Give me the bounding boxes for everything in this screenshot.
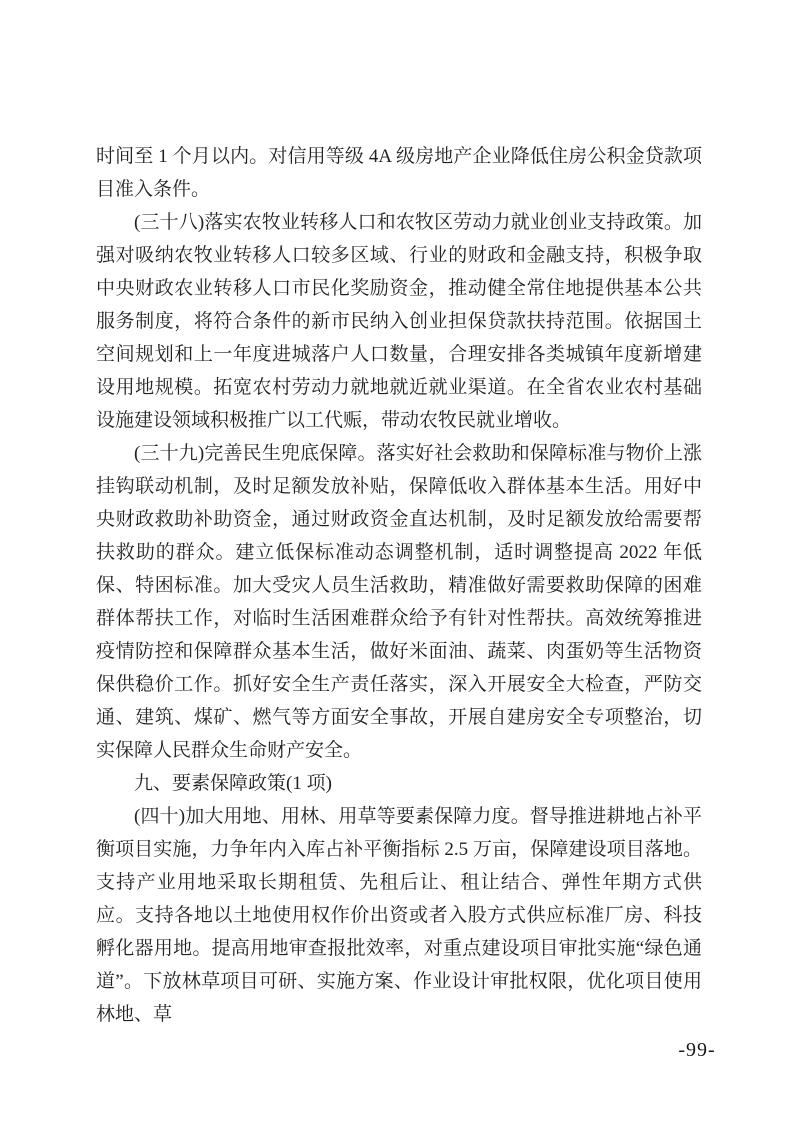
page-number: -99-: [652, 1038, 742, 1062]
paragraph-38: (三十八)落实农牧业转移人口和农牧区劳动力就业创业支持政策。加强对吸纳农牧业转移…: [96, 206, 702, 437]
paragraph-40: (四十)加大用地、用林、用草等要素保障力度。督导推进耕地占补平衡项目实施，力争年…: [96, 800, 702, 1031]
section-heading-9: 九、要素保障政策(1 项): [96, 767, 702, 800]
page-background: 时间至 1 个月以内。对信用等级 4A 级房地产企业降低住房公积金贷款项目准入条…: [0, 0, 793, 1122]
paragraph-continuation: 时间至 1 个月以内。对信用等级 4A 级房地产企业降低住房公积金贷款项目准入条…: [96, 140, 702, 206]
paragraph-39: (三十九)完善民生兜底保障。落实好社会救助和保障标准与物价上涨挂钩联动机制，及时…: [96, 437, 702, 767]
page-body-text: 时间至 1 个月以内。对信用等级 4A 级房地产企业降低住房公积金贷款项目准入条…: [96, 140, 702, 1031]
document-page: { "page": { "number": "-99-" }, "documen…: [0, 0, 793, 1122]
